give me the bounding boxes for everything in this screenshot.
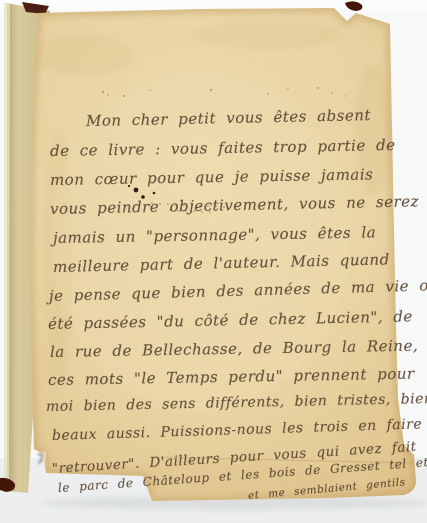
book-cover-edge-highlight <box>4 3 10 490</box>
paper-texture <box>0 0 427 523</box>
book-page-illustration <box>0 0 427 523</box>
photo-background-top <box>0 0 427 10</box>
manuscript-photo: Mon cher petit vous êtes absent de ce li… <box>0 0 427 523</box>
